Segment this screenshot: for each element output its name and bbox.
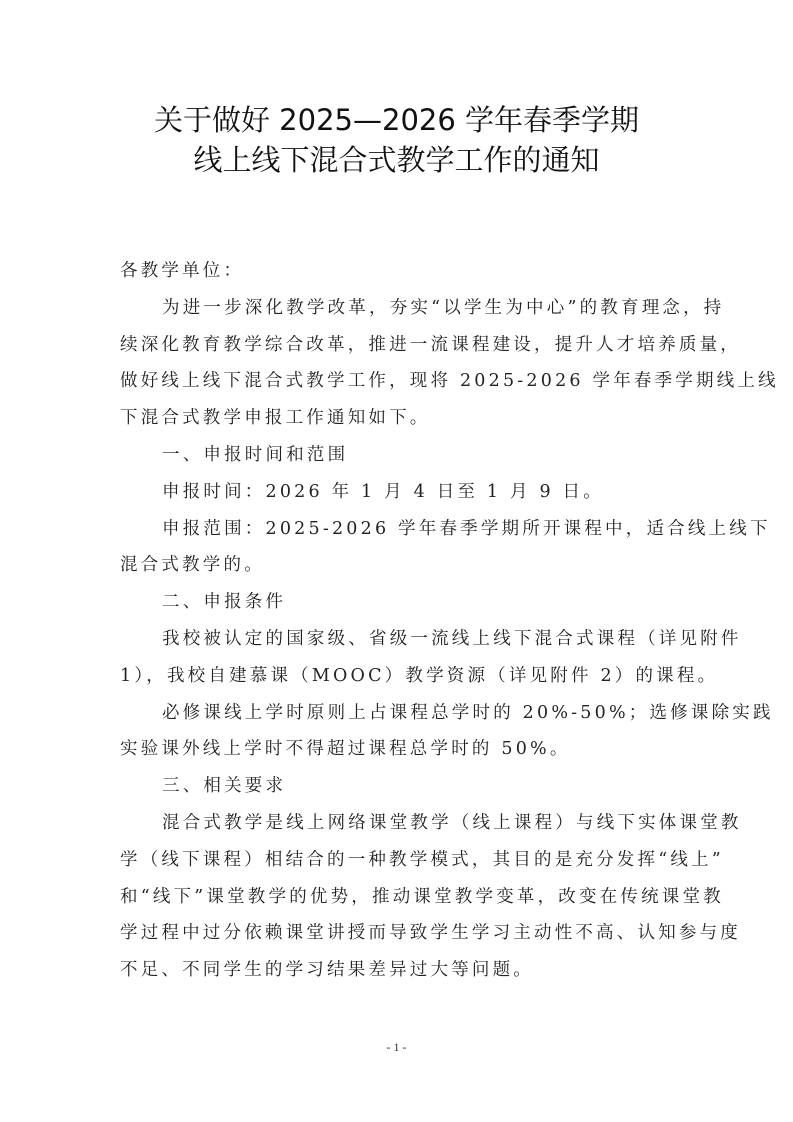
section-heading-2: 二、申报条件 bbox=[120, 584, 676, 621]
body-line: 和“线下”课堂教学的优势，推动课堂教学变革，改变在传统课堂教 bbox=[120, 879, 676, 916]
body-line: 下混合式教学申报工作通知如下。 bbox=[120, 400, 676, 437]
body-line: 为进一步深化教学改革，夯实“以学生为中心”的教育理念，持 bbox=[120, 290, 676, 327]
page-number: - 1 - bbox=[0, 1040, 793, 1055]
title-line-2: 线上线下混合式教学工作的通知 bbox=[0, 140, 793, 180]
body-line: 必修课线上学时原则上占课程总学时的 20%-50%；选修课除实践 bbox=[120, 695, 676, 732]
body-line: 实验课外线上学时不得超过课程总学时的 50%。 bbox=[120, 731, 676, 768]
body-line: 申报时间：2026 年 1 月 4 日至 1 月 9 日。 bbox=[120, 474, 676, 511]
section-heading-1: 一、申报时间和范围 bbox=[120, 437, 676, 474]
body-line: 做好线上线下混合式教学工作，现将 2025-2026 学年春季学期线上线 bbox=[120, 363, 676, 400]
body-line: 续深化教育教学综合改革，推进一流课程建设，提升人才培养质量， bbox=[120, 327, 676, 364]
title-line-1: 关于做好 2025—2026 学年春季学期 bbox=[0, 100, 793, 140]
body-line: 申报范围：2025-2026 学年春季学期所开课程中，适合线上线下 bbox=[120, 511, 676, 548]
document-title: 关于做好 2025—2026 学年春季学期 线上线下混合式教学工作的通知 bbox=[0, 100, 793, 180]
document-page: 关于做好 2025—2026 学年春季学期 线上线下混合式教学工作的通知 各教学… bbox=[0, 0, 793, 1122]
section-heading-3: 三、相关要求 bbox=[120, 768, 676, 805]
document-body: 各教学单位： 为进一步深化教学改革，夯实“以学生为中心”的教育理念，持 续深化教… bbox=[120, 253, 676, 989]
salutation: 各教学单位： bbox=[120, 253, 676, 290]
body-line: 不足、不同学生的学习结果差异过大等问题。 bbox=[120, 952, 676, 989]
body-line: 学（线下课程）相结合的一种教学模式，其目的是充分发挥“线上” bbox=[120, 842, 676, 879]
body-line: 我校被认定的国家级、省级一流线上线下混合式课程（详见附件 bbox=[120, 621, 676, 658]
body-line: 学过程中过分依赖课堂讲授而导致学生学习主动性不高、认知参与度 bbox=[120, 915, 676, 952]
body-line: 混合式教学是线上网络课堂教学（线上课程）与线下实体课堂教 bbox=[120, 805, 676, 842]
body-line: 混合式教学的。 bbox=[120, 547, 676, 584]
body-line: 1），我校自建慕课（MOOC）教学资源（详见附件 2）的课程。 bbox=[120, 658, 676, 695]
